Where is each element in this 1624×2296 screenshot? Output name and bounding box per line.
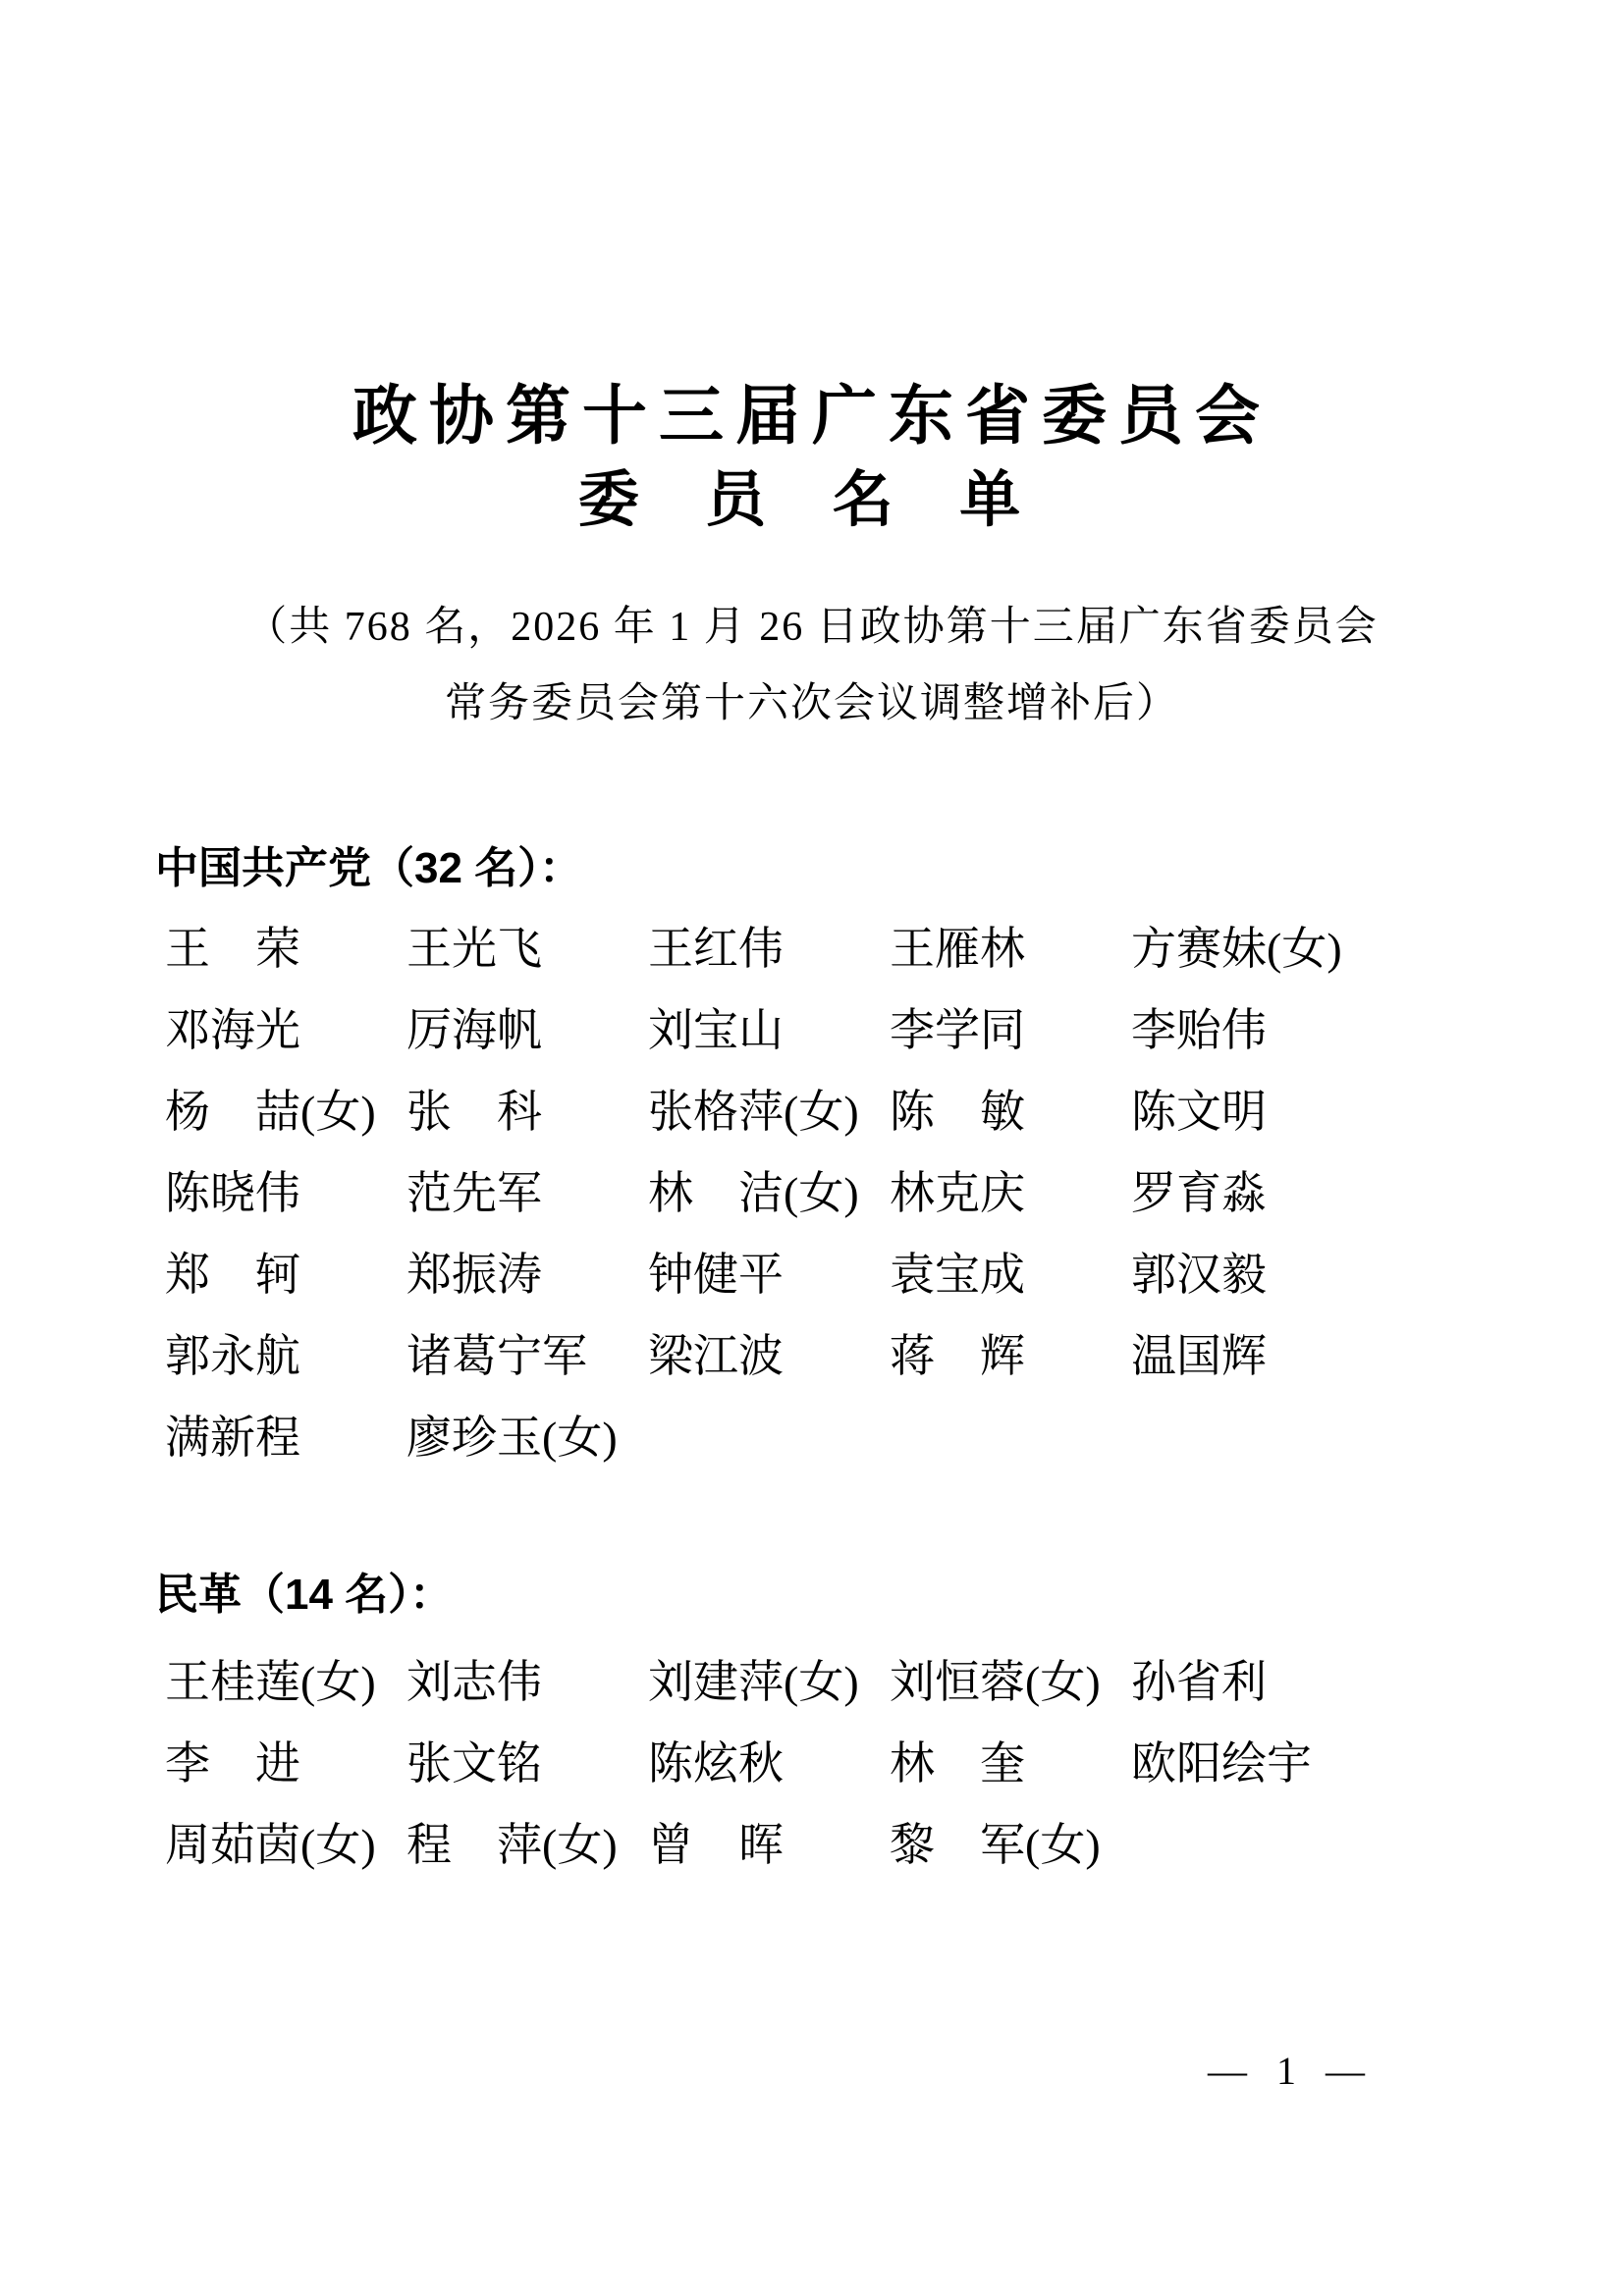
section-minge-heading: 民革（14 名）： — [155, 1566, 453, 1625]
name-row: 郑 轲郑振涛钟健平袁宝成郭汉毅 — [165, 1234, 1412, 1315]
member-name: 黎 军(女) — [890, 1804, 1131, 1886]
member-name: 郭永航 — [165, 1315, 406, 1397]
member-name: 蒋 辉 — [890, 1315, 1131, 1397]
member-name: 郑振涛 — [406, 1234, 648, 1315]
member-name: 李学同 — [890, 989, 1131, 1071]
member-name: 温国辉 — [1131, 1315, 1373, 1397]
member-name: 陈炫秋 — [648, 1723, 890, 1804]
member-name: 张文铭 — [406, 1723, 648, 1804]
name-row: 邓海光厉海帆刘宝山李学同李贻伟 — [165, 989, 1412, 1071]
member-name: 林 奎 — [890, 1723, 1131, 1804]
member-name: 邓海光 — [165, 989, 406, 1071]
member-name: 王雁林 — [890, 908, 1131, 989]
member-name: 范先军 — [406, 1152, 648, 1234]
member-name: 林 洁(女) — [648, 1152, 890, 1234]
member-name: 方赛妹(女) — [1131, 908, 1373, 989]
name-row: 王桂莲(女)刘志伟刘建萍(女)刘恒蓉(女)孙省利 — [165, 1641, 1412, 1723]
name-row: 王 荣王光飞王红伟王雁林方赛妹(女) — [165, 908, 1412, 989]
member-name: 袁宝成 — [890, 1234, 1131, 1315]
member-name: 李 进 — [165, 1723, 406, 1804]
member-name: 廖珍玉(女) — [406, 1397, 648, 1478]
member-name: 张 科 — [406, 1071, 648, 1152]
member-name: 周茹茵(女) — [165, 1804, 406, 1886]
name-row: 郭永航诸葛宁军梁江波蒋 辉温国辉 — [165, 1315, 1412, 1397]
member-name: 刘建萍(女) — [648, 1641, 890, 1723]
document-title-line1: 政协第十三届广东省委员会 — [0, 378, 1624, 456]
member-name: 曾 晖 — [648, 1804, 890, 1886]
member-name: 欧阳绘宇 — [1131, 1723, 1373, 1804]
section-ccp-rows: 王 荣王光飞王红伟王雁林方赛妹(女) 邓海光厉海帆刘宝山李学同李贻伟 杨 喆(女… — [165, 908, 1412, 1478]
name-row: 杨 喆(女)张 科张格萍(女)陈 敏陈文明 — [165, 1071, 1412, 1152]
member-name: 刘恒蓉(女) — [890, 1641, 1131, 1723]
member-name: 郑 轲 — [165, 1234, 406, 1315]
name-row: 李 进张文铭陈炫秋林 奎欧阳绘宇 — [165, 1723, 1412, 1804]
member-name: 杨 喆(女) — [165, 1071, 406, 1152]
document-page: 政协第十三届广东省委员会 委 员 名 单 （共 768 名，2026 年 1 月… — [0, 0, 1624, 2296]
member-name: 罗育淼 — [1131, 1152, 1373, 1234]
member-name: 满新程 — [165, 1397, 406, 1478]
member-name: 钟健平 — [648, 1234, 890, 1315]
member-name: 孙省利 — [1131, 1641, 1373, 1723]
section-minge-rows: 王桂莲(女)刘志伟刘建萍(女)刘恒蓉(女)孙省利 李 进张文铭陈炫秋林 奎欧阳绘… — [165, 1641, 1412, 1886]
name-row: 陈晓伟范先军林 洁(女)林克庆罗育淼 — [165, 1152, 1412, 1234]
member-name: 陈文明 — [1131, 1071, 1373, 1152]
section-ccp-heading: 中国共产党（32 名）： — [155, 839, 582, 898]
member-name: 陈晓伟 — [165, 1152, 406, 1234]
member-name: 梁江波 — [648, 1315, 890, 1397]
member-name: 李贻伟 — [1131, 989, 1373, 1071]
member-name: 诸葛宁军 — [406, 1315, 648, 1397]
document-subtitle: （共 768 名，2026 年 1 月 26 日政协第十三届广东省委员会 常务委… — [0, 589, 1624, 742]
member-name: 王 荣 — [165, 908, 406, 989]
name-row: 周茹茵(女)程 萍(女)曾 晖黎 军(女) — [165, 1804, 1412, 1886]
page-number: — 1 — — [1208, 2047, 1375, 2096]
member-name: 刘宝山 — [648, 989, 890, 1071]
name-row: 满新程廖珍玉(女) — [165, 1397, 1412, 1478]
member-name: 张格萍(女) — [648, 1071, 890, 1152]
member-name: 厉海帆 — [406, 989, 648, 1071]
member-name: 林克庆 — [890, 1152, 1131, 1234]
member-name: 陈 敏 — [890, 1071, 1131, 1152]
subtitle-line1: （共 768 名，2026 年 1 月 26 日政协第十三届广东省委员会 — [0, 589, 1624, 666]
subtitle-line2: 常务委员会第十六次会议调整增补后） — [0, 666, 1624, 742]
document-title-line2: 委 员 名 单 — [0, 461, 1624, 540]
member-name: 王红伟 — [648, 908, 890, 989]
member-name: 刘志伟 — [406, 1641, 648, 1723]
member-name: 王光飞 — [406, 908, 648, 989]
member-name: 王桂莲(女) — [165, 1641, 406, 1723]
member-name: 郭汉毅 — [1131, 1234, 1373, 1315]
member-name: 程 萍(女) — [406, 1804, 648, 1886]
